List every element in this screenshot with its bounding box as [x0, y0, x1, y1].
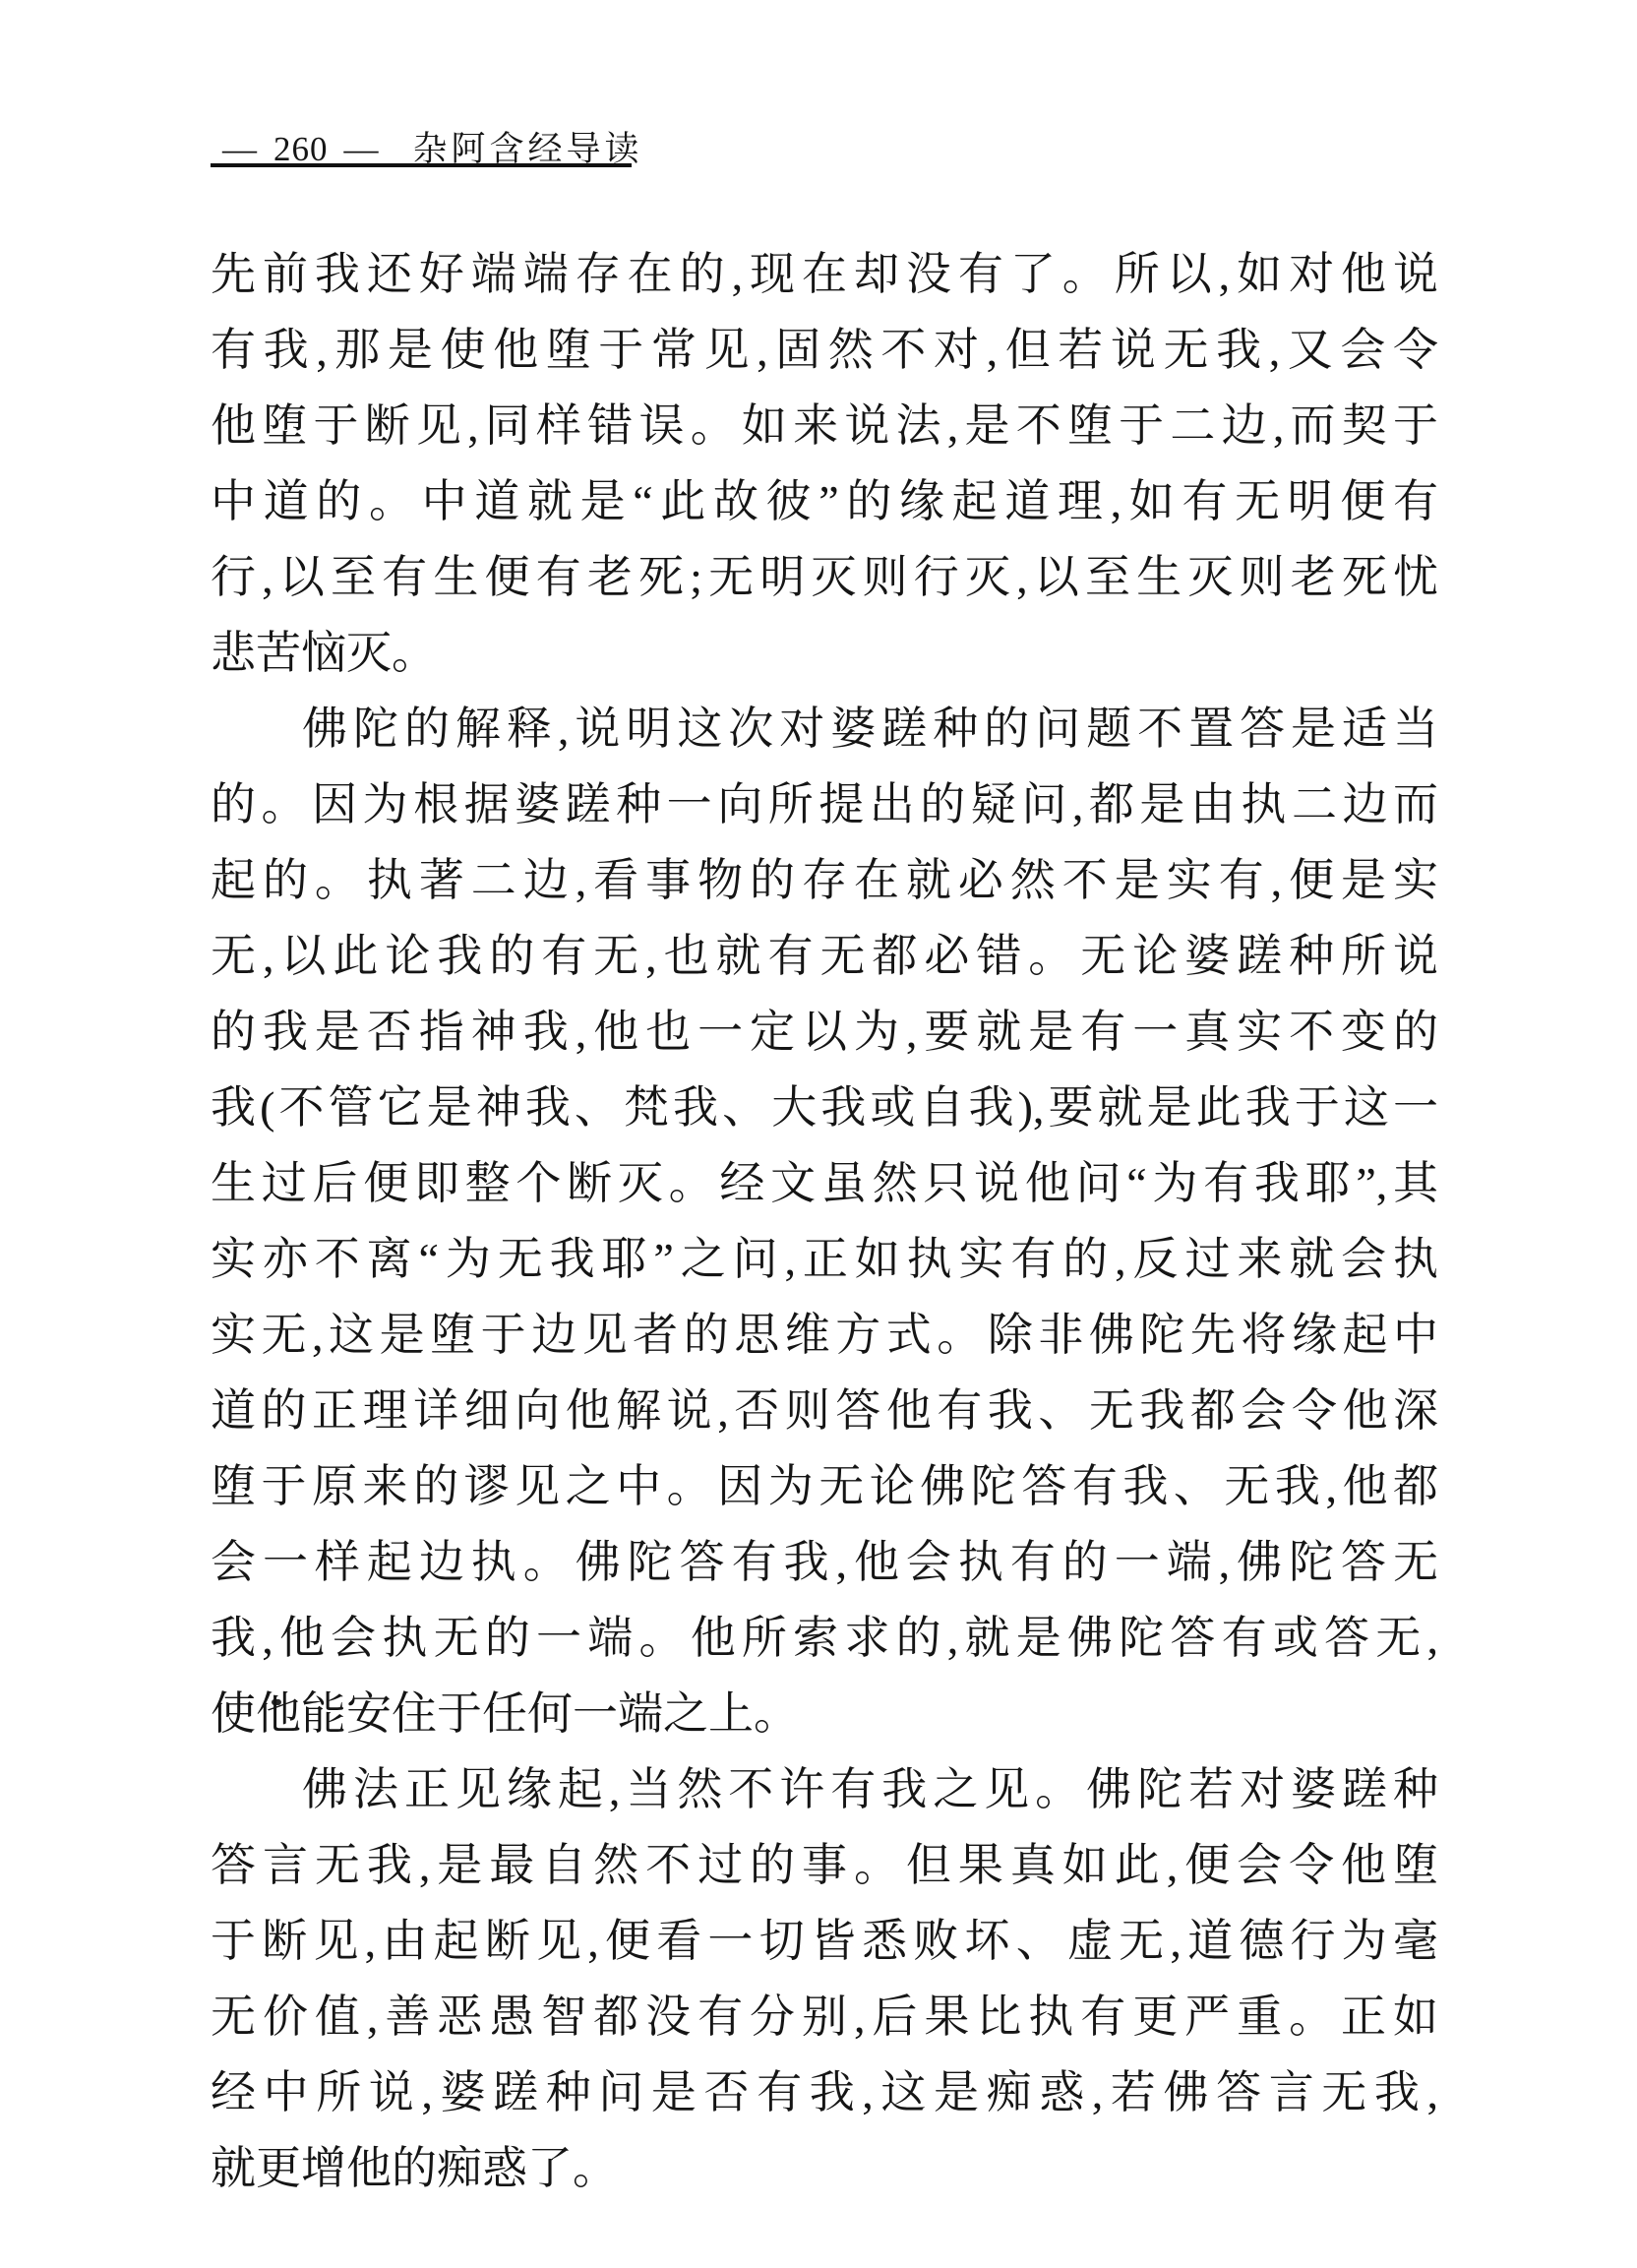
text-line: 起的。执著二边,看事物的存在就必然不是实有,便是实 [211, 842, 1438, 918]
text-line: 悲苦恼灭。 [211, 615, 1438, 691]
text-line: 先前我还好端端存在的,现在却没有了。所以,如对他说 [211, 236, 1438, 312]
text-line: 行,以至有生便有老死;无明灭则行灭,以至生灭则老死忧 [211, 539, 1438, 615]
text-line: 道的正理详细向他解说,否则答他有我、无我都会令他深 [211, 1373, 1438, 1448]
text-line: 他堕于断见,同样错误。如来说法,是不堕于二边,而契于 [211, 388, 1438, 463]
text-line: 我,他会执无的一端。他所索求的,就是佛陀答有或答无, [211, 1600, 1438, 1676]
text-line: 的我是否指神我,他也一定以为,要就是有一真实不变的 [211, 994, 1438, 1070]
text-line: 的。因为根据婆蹉种一向所提出的疑问,都是由执二边而 [211, 766, 1438, 842]
text-line: 生过后便即整个断灭。经文虽然只说他问“为有我耶”,其 [211, 1145, 1438, 1221]
text-line: 使他能安住于任何一端之上。 [211, 1676, 1438, 1751]
text-line: 我(不管它是神我、梵我、大我或自我),要就是此我于这一 [211, 1070, 1438, 1145]
text-line: 就更增他的痴惑了。 [211, 2130, 1438, 2206]
text-line: 答言无我,是最自然不过的事。但果真如此,便会令他堕 [211, 1827, 1438, 1903]
text-line: 无,以此论我的有无,也就有无都必错。无论婆蹉种所说 [211, 918, 1438, 994]
text-line: 实亦不离“为无我耶”之问,正如执实有的,反过来就会执 [211, 1221, 1438, 1297]
text-line: 会一样起边执。佛陀答有我,他会执有的一端,佛陀答无 [211, 1524, 1438, 1600]
body-text: 先前我还好端端存在的,现在却没有了。所以,如对他说 有我,那是使他堕于常见,固然… [211, 236, 1438, 2206]
text-line: 无价值,善恶愚智都没有分别,后果比执有更严重。正如 [211, 1979, 1438, 2054]
text-line: 实无,这是堕于边见者的思维方式。除非佛陀先将缘起中 [211, 1297, 1438, 1373]
text-line: 有我,那是使他堕于常见,固然不对,但若说无我,又会令 [211, 312, 1438, 388]
text-line: 堕于原来的谬见之中。因为无论佛陀答有我、无我,他都 [211, 1448, 1438, 1524]
header-rule [211, 163, 632, 167]
text-line: 经中所说,婆蹉种问是否有我,这是痴惑,若佛答言无我, [211, 2054, 1438, 2130]
text-line: 中道的。中道就是“此故彼”的缘起道理,如有无明便有 [211, 463, 1438, 539]
text-line: 佛陀的解释,说明这次对婆蹉种的问题不置答是适当 [211, 691, 1438, 766]
text-line: 佛法正见缘起,当然不许有我之见。佛陀若对婆蹉种 [211, 1751, 1438, 1827]
text-line: 于断见,由起断见,便看一切皆悉败坏、虚无,道德行为毫 [211, 1903, 1438, 1979]
book-page: — 260 — 杂阿含经导读 先前我还好端端存在的,现在却没有了。所以,如对他说… [0, 0, 1637, 2268]
